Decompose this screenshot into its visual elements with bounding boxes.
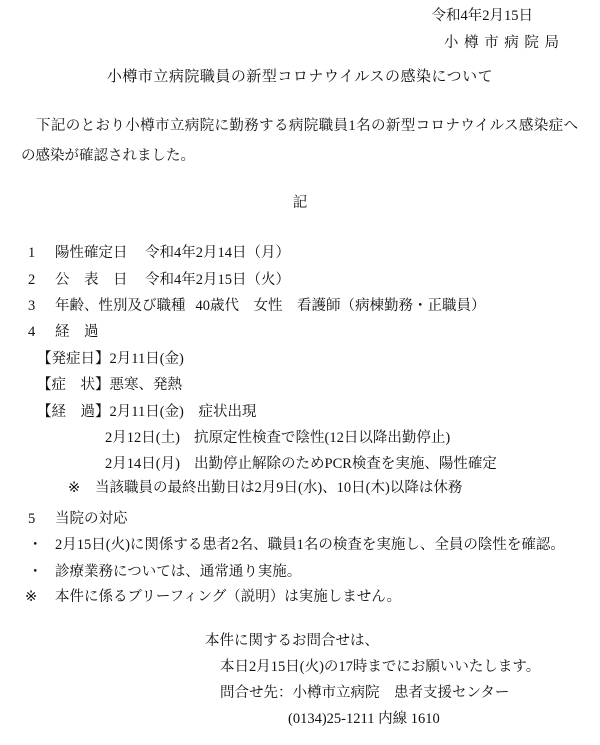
item-age-occupation: 3年齢、性別及び職種40歳代 女性 看護師（病棟勤務・正職員） bbox=[28, 296, 486, 316]
item-value: 令和4年2月15日（火） bbox=[145, 272, 290, 288]
intro-paragraph: 下記のとおり小樽市立病院に勤務する病院職員1名の新型コロナウイルス感染症への感染… bbox=[21, 111, 578, 171]
contact-line-3: 問合せ先：小樽市立病院 患者支援センター bbox=[220, 683, 509, 703]
note-marker: ※ bbox=[68, 478, 95, 498]
response-bullet-1: ・2月15日(火)に関係する患者2名、職員1名の検査を実施し、全員の陰性を確認。 bbox=[28, 535, 565, 555]
bullet-text: 2月15日(火)に関係する患者2名、職員1名の検査を実施し、全員の陰性を確認。 bbox=[55, 537, 565, 553]
last-workday-note: ※当該職員の最終出勤日は2月9日(水)、10日(木)以降は休務 bbox=[68, 478, 462, 498]
press-release-page: 令和4年2月15日 小 樽 市 病 院 局 小樽市立病院職員の新型コロナウイルス… bbox=[0, 0, 600, 745]
onset-value: 2月11日(金) bbox=[110, 351, 184, 367]
bullet-marker: ・ bbox=[28, 535, 55, 555]
note-marker: ※ bbox=[25, 587, 55, 607]
item-value: 40歳代 女性 看護師（病棟勤務・正職員） bbox=[196, 298, 486, 314]
item-number: 2 bbox=[28, 270, 55, 290]
item-number: 4 bbox=[28, 322, 55, 342]
item-number: 3 bbox=[28, 296, 55, 316]
course-date: 2月14日(月) bbox=[105, 454, 194, 474]
symptom-label: 【症 状】 bbox=[37, 377, 110, 393]
symptom-value: 悪寒、発熱 bbox=[110, 377, 183, 393]
section-number: 5 bbox=[28, 509, 55, 529]
note-text: 本件に係るブリーフィング（説明）は実施しません。 bbox=[55, 589, 401, 605]
item-label: 経 過 bbox=[55, 322, 135, 342]
section-title: 当院の対応 bbox=[55, 511, 128, 527]
course-line-2: 2月12日(土)抗原定性検査で陰性(12日以降出勤停止) bbox=[105, 428, 450, 448]
document-title: 小樽市立病院職員の新型コロナウイルスの感染について bbox=[0, 67, 600, 87]
course-line-1: 【経 過】2月11日(金)症状出現 bbox=[37, 402, 257, 422]
item-announce-date: 2公 表 日令和4年2月15日（火） bbox=[28, 270, 290, 290]
item-number: 1 bbox=[28, 243, 55, 263]
document-issuer: 小 樽 市 病 院 局 bbox=[444, 33, 560, 53]
contact-phone: (0134)25-1211 内線 1610 bbox=[288, 709, 440, 729]
course-date: 2月12日(土) bbox=[105, 428, 194, 448]
symptom-line: 【症 状】悪寒、発熱 bbox=[37, 375, 182, 395]
contact-line-1: 本件に関するお問合せは、 bbox=[205, 631, 379, 651]
course-line-3: 2月14日(月)出勤停止解除のためPCR検査を実施、陽性確定 bbox=[105, 454, 497, 474]
contact-line-2: 本日2月15日(火)の17時までにお願いいたします。 bbox=[220, 657, 540, 677]
course-date: 2月11日(金) bbox=[110, 402, 199, 422]
document-date: 令和4年2月15日 bbox=[432, 6, 534, 26]
record-marker: 記 bbox=[0, 193, 600, 213]
course-label: 【経 過】 bbox=[37, 404, 110, 420]
course-desc: 出勤停止解除のためPCR検査を実施、陽性確定 bbox=[194, 456, 497, 472]
response-bullet-2: ・診療業務については、通常通り実施。 bbox=[28, 562, 301, 582]
item-label: 公 表 日 bbox=[55, 270, 135, 290]
onset-label: 【発症日】 bbox=[37, 351, 110, 367]
bullet-text: 診療業務については、通常通り実施。 bbox=[55, 564, 301, 580]
note-text: 当該職員の最終出勤日は2月9日(水)、10日(木)以降は休務 bbox=[95, 480, 462, 496]
course-desc: 症状出現 bbox=[199, 404, 257, 420]
course-desc: 抗原定性検査で陰性(12日以降出勤停止) bbox=[194, 430, 450, 446]
no-briefing-note: ※本件に係るブリーフィング（説明）は実施しません。 bbox=[25, 587, 401, 607]
item-positive-date: 1陽性確定日令和4年2月14日（月） bbox=[28, 243, 290, 263]
bullet-marker: ・ bbox=[28, 562, 55, 582]
onset-line: 【発症日】2月11日(金) bbox=[37, 349, 184, 369]
response-heading: 5当院の対応 bbox=[28, 509, 128, 529]
item-label: 陽性確定日 bbox=[55, 243, 135, 263]
item-label: 年齢、性別及び職種 bbox=[55, 296, 186, 316]
item-progress: 4経 過 bbox=[28, 322, 145, 342]
item-value: 令和4年2月14日（月） bbox=[145, 245, 290, 261]
